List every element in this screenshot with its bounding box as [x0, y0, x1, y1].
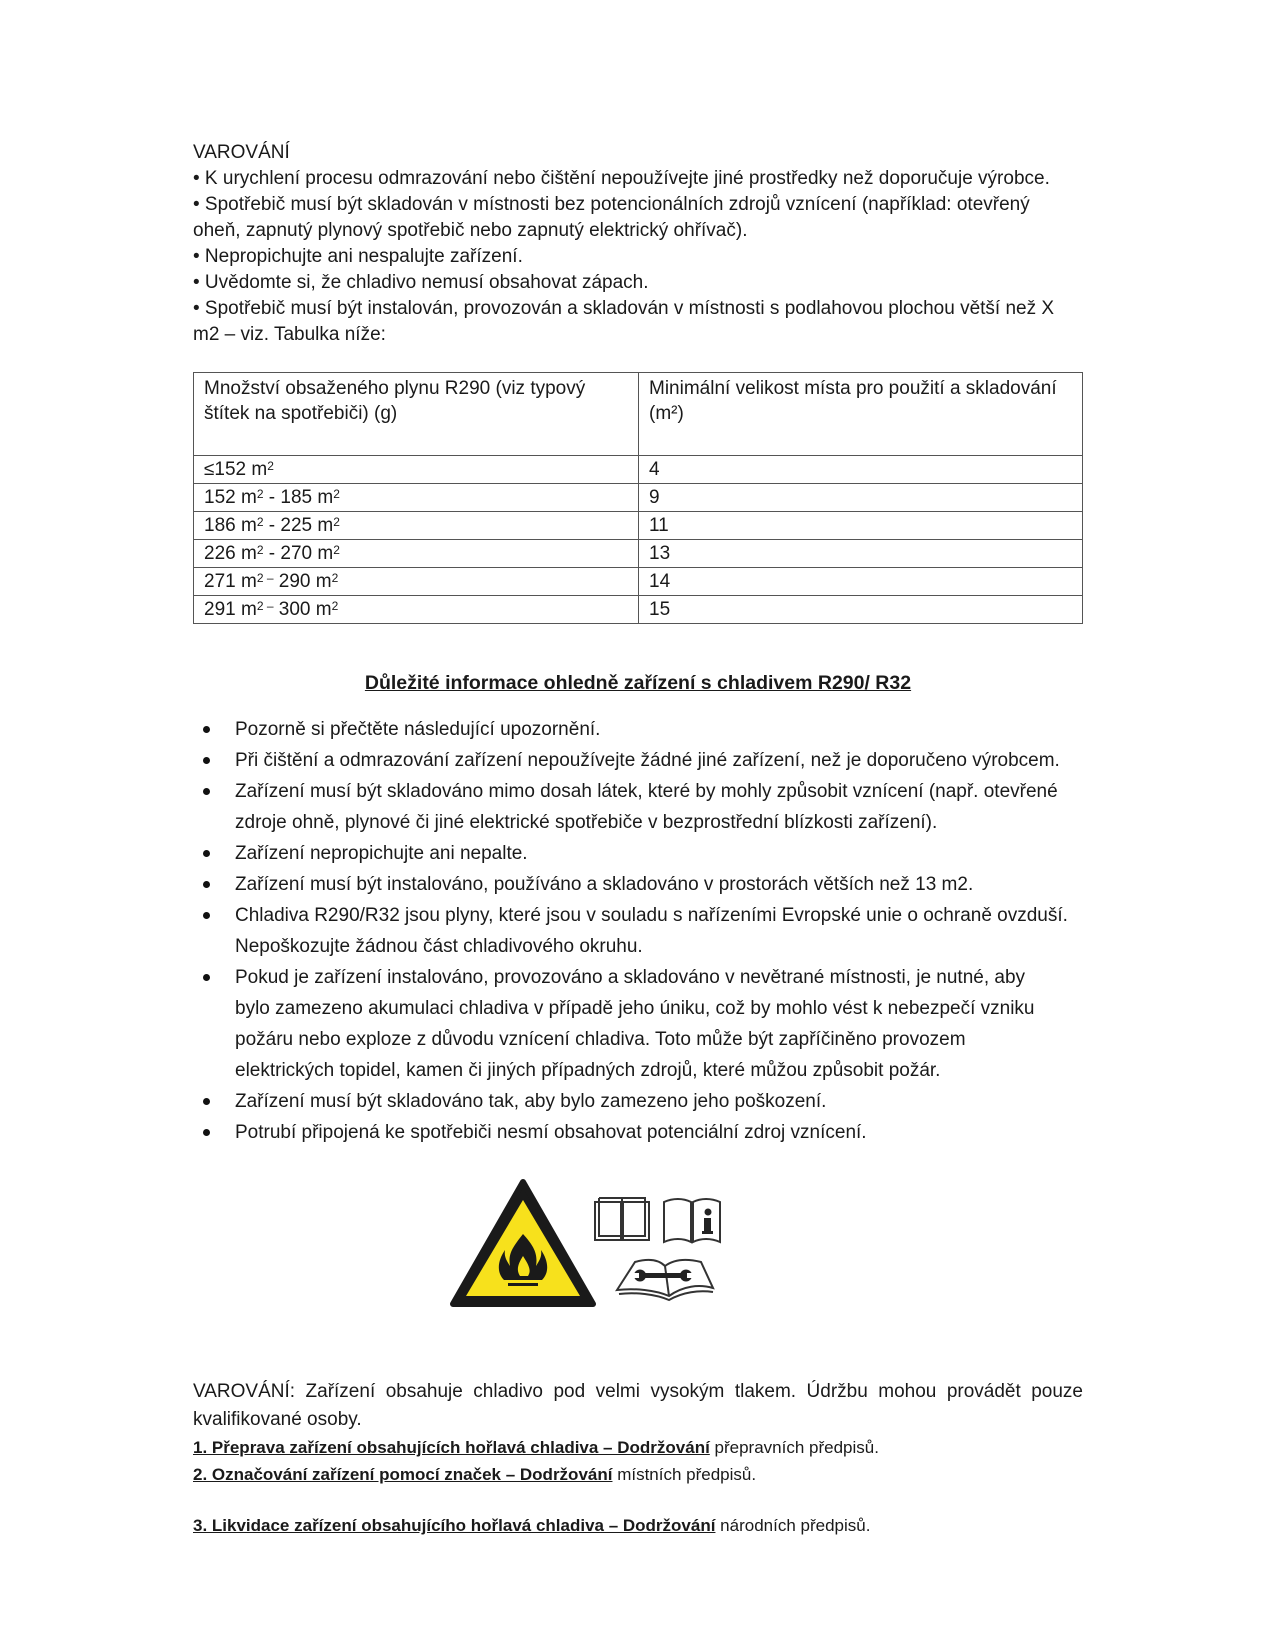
- table-header-cell: Množství obsaženého plynu R290 (viz typo…: [194, 373, 639, 456]
- warning-line: • Nepropichujte ani nespalujte zařízení.: [193, 244, 1083, 270]
- table-header-row: Množství obsaženého plynu R290 (viz typo…: [194, 373, 1083, 456]
- table-body: ≤152 m24152 m2 - 185 m29186 m2 - 225 m21…: [194, 456, 1083, 624]
- section-title: Důležité informace ohledně zařízení s ch…: [193, 670, 1083, 696]
- warning-line: • Spotřebič musí být skladován v místnos…: [193, 192, 1083, 218]
- list-item: Při čištění a odmrazování zařízení nepou…: [193, 745, 1083, 776]
- rule-marking: 2. Označování zařízení pomocí značek – D…: [193, 1461, 1083, 1488]
- rule-text: přepravních předpisů.: [710, 1438, 879, 1457]
- list-item-line: požáru nebo exploze z důvodu vznícení ch…: [235, 1024, 1083, 1055]
- area-range-cell: 291 m2 – 300 m2: [194, 596, 639, 624]
- table-row: 226 m2 - 270 m213: [194, 540, 1083, 568]
- list-item: Zařízení musí být instalováno, používáno…: [193, 869, 1083, 900]
- pressure-warning: VAROVÁNÍ: Zařízení obsahuje chladivo pod…: [193, 1378, 1083, 1434]
- warning-line: • Spotřebič musí být instalován, provozo…: [193, 296, 1083, 322]
- table-row: 186 m2 - 225 m211: [194, 512, 1083, 540]
- bullet-icon: [203, 974, 210, 981]
- rule-text: místních předpisů.: [612, 1465, 756, 1484]
- rule-heading: 3. Likvidace zařízení obsahujícího hořla…: [193, 1516, 715, 1535]
- list-item: Zařízení musí být skladováno tak, aby by…: [193, 1086, 1083, 1117]
- list-item-line: Pokud je zařízení instalováno, provozová…: [235, 962, 1083, 993]
- service-manual-wrench-icon: [613, 1254, 718, 1306]
- table-row: ≤152 m24: [194, 456, 1083, 484]
- list-item-line: Pozorně si přečtěte následující upozorně…: [235, 714, 1083, 745]
- bullet-icon: [203, 1129, 210, 1136]
- list-item: Potrubí připojená ke spotřebiči nesmí ob…: [193, 1117, 1083, 1148]
- info-manual-icon: [661, 1196, 723, 1246]
- list-item-line: Při čištění a odmrazování zařízení nepou…: [235, 745, 1083, 776]
- refrigerant-area-table: Množství obsaženého plynu R290 (viz typo…: [193, 372, 1083, 624]
- info-bullet-list: Pozorně si přečtěte následující upozorně…: [193, 714, 1083, 1148]
- list-item-line: elektrických topidel, kamen či jiných př…: [235, 1055, 1083, 1086]
- bullet-icon: [203, 1098, 210, 1105]
- safety-icons: [193, 1176, 1083, 1326]
- bullet-icon: [203, 912, 210, 919]
- rule-heading: 2. Označování zařízení pomocí značek – D…: [193, 1465, 612, 1484]
- list-item: Zařízení nepropichujte ani nepalte.: [193, 838, 1083, 869]
- table-header-cell: Minimální velikost místa pro použití a s…: [639, 373, 1083, 456]
- bullet-icon: [203, 726, 210, 733]
- list-item-line: bylo zamezeno akumulaci chladiva v přípa…: [235, 993, 1083, 1024]
- table-row: 152 m2 - 185 m29: [194, 484, 1083, 512]
- rule-heading: 1. Přeprava zařízení obsahujících hořlav…: [193, 1438, 710, 1457]
- table-row: 271 m2 – 290 m214: [194, 568, 1083, 596]
- min-area-cell: 11: [639, 512, 1083, 540]
- area-range-cell: 186 m2 - 225 m2: [194, 512, 639, 540]
- min-area-cell: 15: [639, 596, 1083, 624]
- bullet-icon: [203, 757, 210, 764]
- min-area-cell: 4: [639, 456, 1083, 484]
- list-item-line: Nepoškozujte žádnou část chladivového ok…: [235, 931, 1083, 962]
- table-row: 291 m2 – 300 m215: [194, 596, 1083, 624]
- bullet-icon: [203, 788, 210, 795]
- area-range-cell: 226 m2 - 270 m2: [194, 540, 639, 568]
- rule-disposal: 3. Likvidace zařízení obsahujícího hořla…: [193, 1512, 1083, 1539]
- area-range-cell: 152 m2 - 185 m2: [194, 484, 639, 512]
- warning-line: • K urychlení procesu odmrazování nebo č…: [193, 166, 1083, 192]
- rule-text: národních předpisů.: [715, 1516, 870, 1535]
- list-item: Pokud je zařízení instalováno, provozová…: [193, 962, 1083, 1086]
- list-item-line: Zařízení nepropichujte ani nepalte.: [235, 838, 1083, 869]
- list-item-line: Zařízení musí být skladováno tak, aby by…: [235, 1086, 1083, 1117]
- list-item-line: zdroje ohně, plynové či jiné elektrické …: [235, 807, 1083, 838]
- list-item: Chladiva R290/R32 jsou plyny, které jsou…: [193, 900, 1083, 962]
- bullet-icon: [203, 881, 210, 888]
- warning-line: m2 – viz. Tabulka níže:: [193, 322, 1083, 348]
- bullet-icon: [203, 850, 210, 857]
- read-manual-icon: [591, 1194, 653, 1246]
- document-page: VAROVÁNÍ • K urychlení procesu odmrazová…: [193, 140, 1083, 1539]
- min-area-cell: 9: [639, 484, 1083, 512]
- flammable-warning-triangle-icon: [448, 1176, 598, 1311]
- list-item: Pozorně si přečtěte následující upozorně…: [193, 714, 1083, 745]
- warning-lines: • K urychlení procesu odmrazování nebo č…: [193, 166, 1083, 348]
- area-range-cell: ≤152 m2: [194, 456, 639, 484]
- list-item-line: Zařízení musí být instalováno, používáno…: [235, 869, 1083, 900]
- list-item-line: Zařízení musí být skladováno mimo dosah …: [235, 776, 1083, 807]
- rule-transport: 1. Přeprava zařízení obsahujících hořlav…: [193, 1434, 1083, 1461]
- list-item-line: Chladiva R290/R32 jsou plyny, které jsou…: [235, 900, 1083, 931]
- min-area-cell: 13: [639, 540, 1083, 568]
- warning-line: • Uvědomte si, že chladivo nemusí obsaho…: [193, 270, 1083, 296]
- list-item-line: Potrubí připojená ke spotřebiči nesmí ob…: [235, 1117, 1083, 1148]
- area-range-cell: 271 m2 – 290 m2: [194, 568, 639, 596]
- list-item: Zařízení musí být skladováno mimo dosah …: [193, 776, 1083, 838]
- min-area-cell: 14: [639, 568, 1083, 596]
- warning-title: VAROVÁNÍ: [193, 140, 1083, 166]
- warning-line: oheň, zapnutý plynový spotřebič nebo zap…: [193, 218, 1083, 244]
